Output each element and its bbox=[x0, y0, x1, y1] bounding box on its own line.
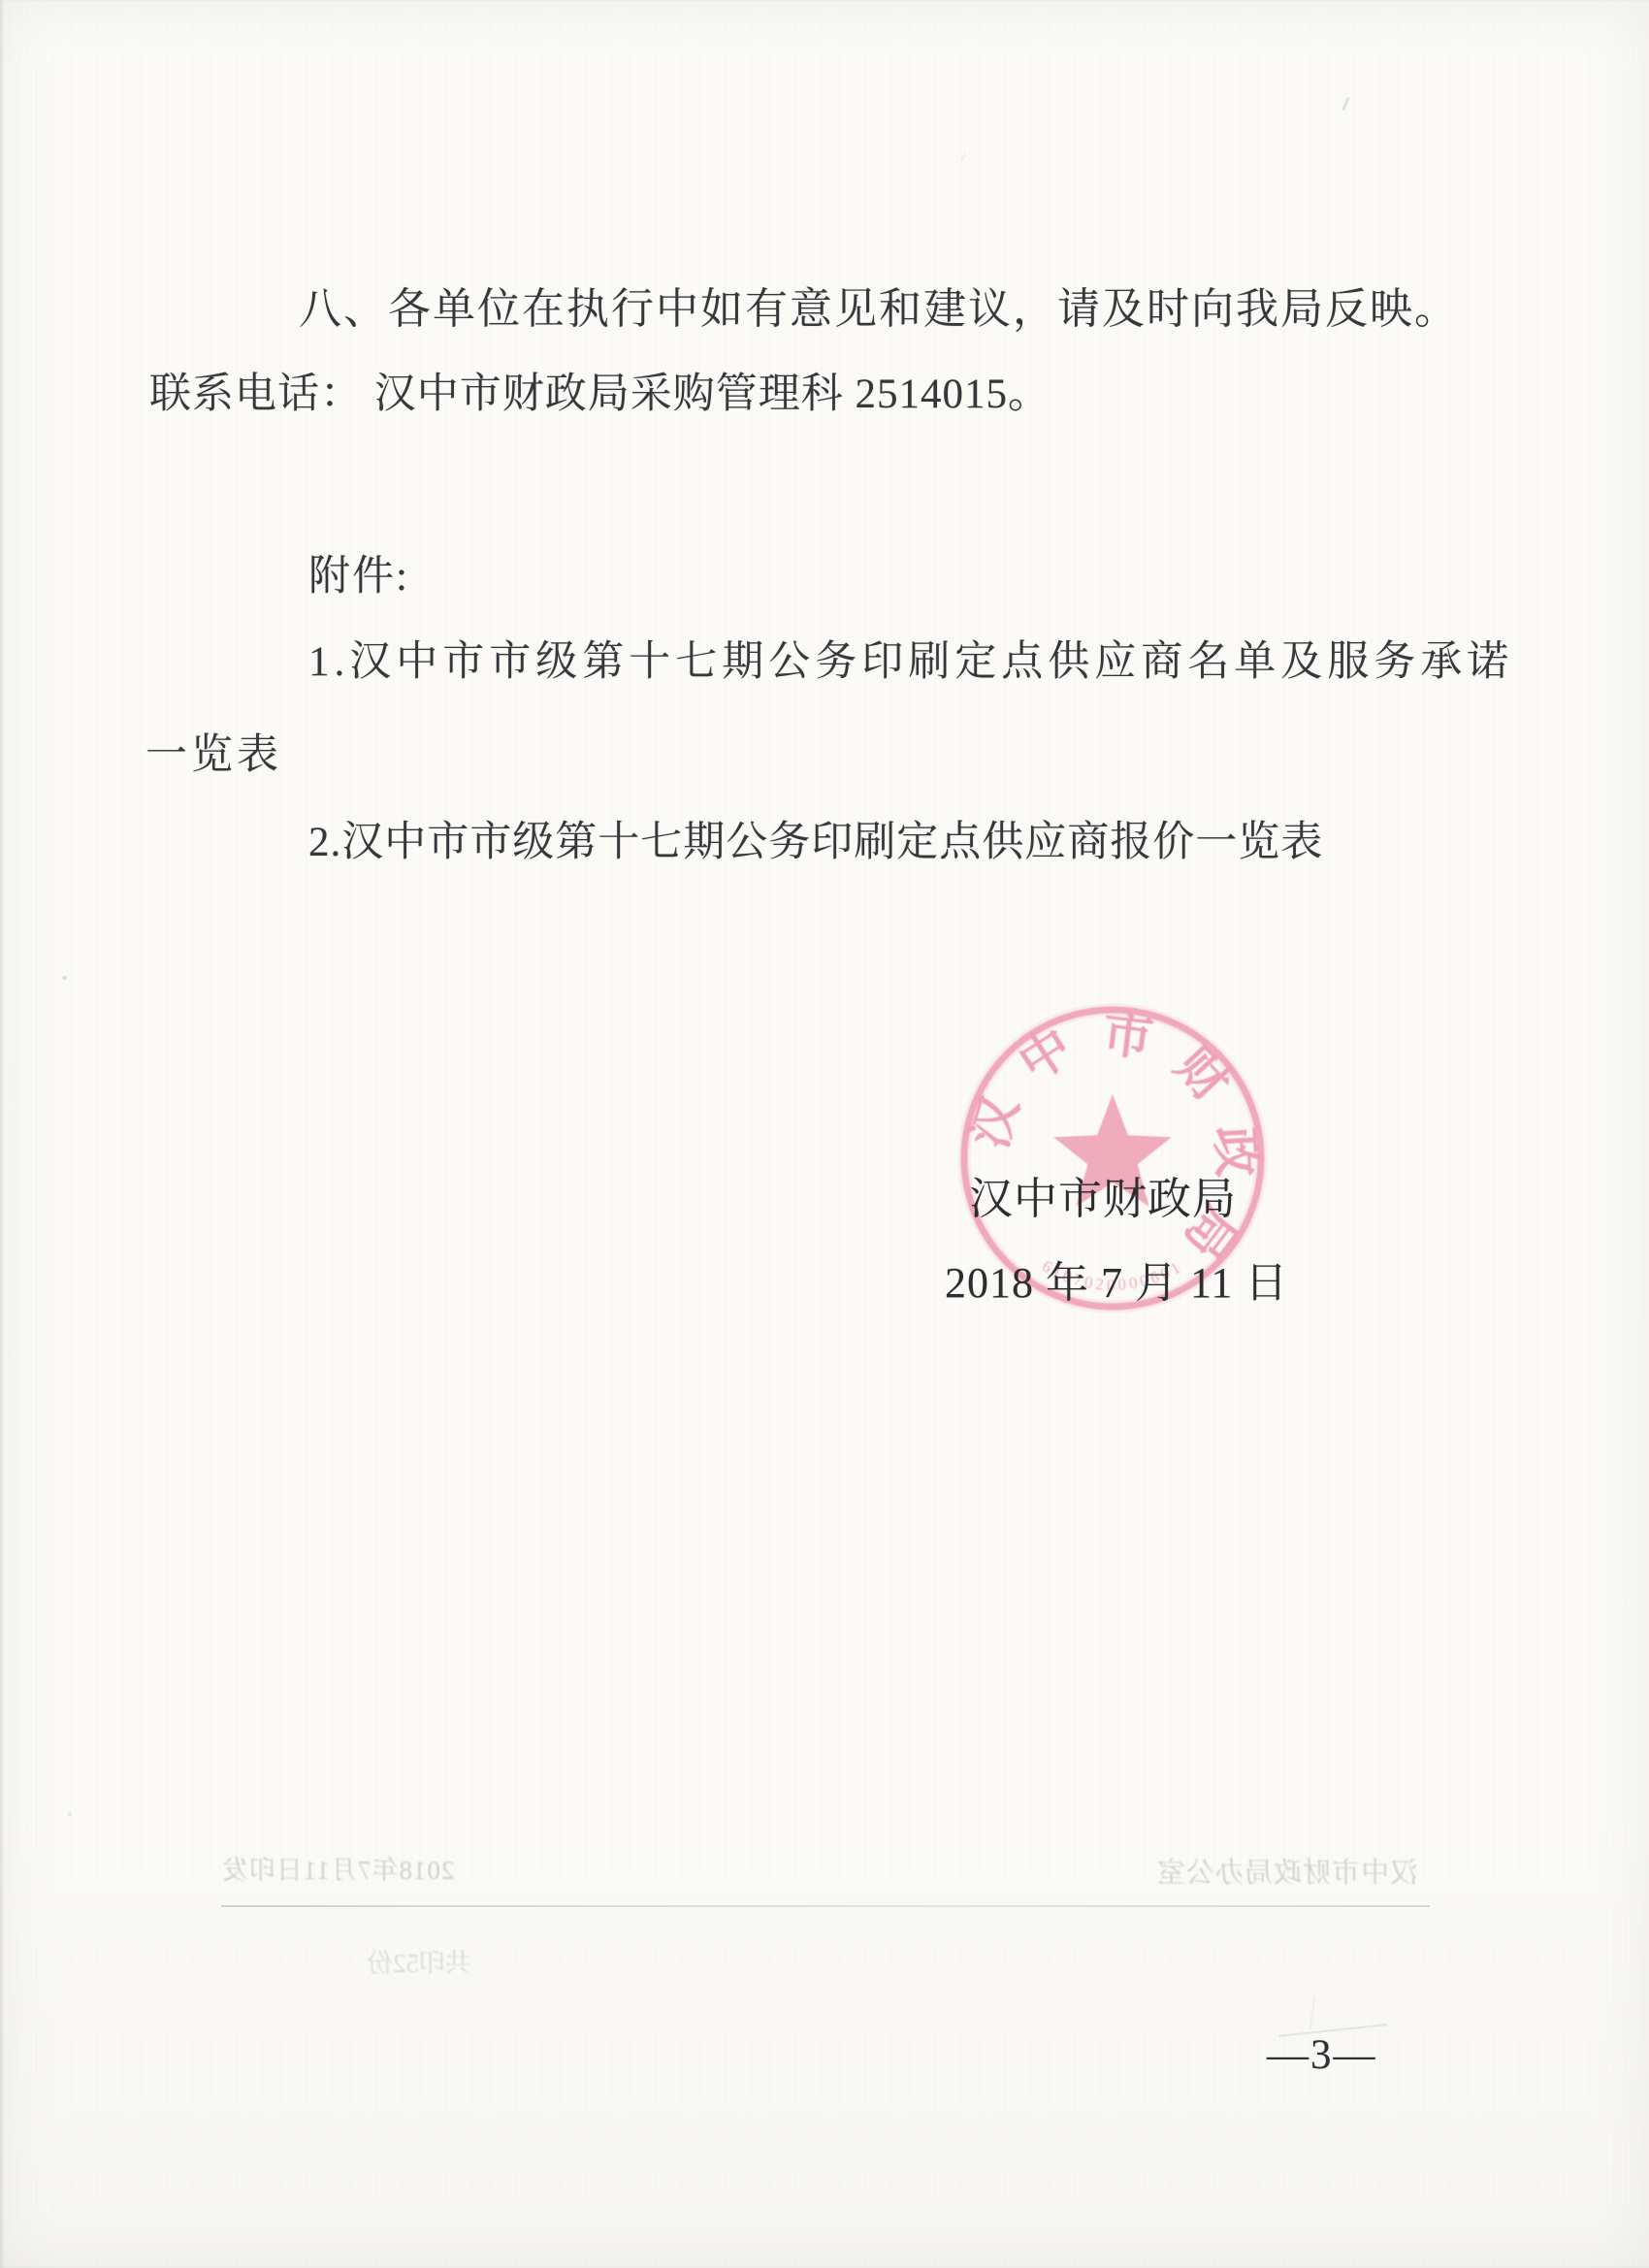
seal-ring-char: 市 bbox=[1099, 1005, 1156, 1067]
bleedthrough-rule-line bbox=[221, 1905, 1430, 1907]
page-number: —3— bbox=[1267, 2031, 1377, 2079]
scan-speck-lower-left bbox=[68, 1812, 72, 1816]
paragraph-8-line2: 联系电话： 汉中市财政局采购管理科 2514015。 bbox=[149, 361, 1051, 420]
scan-speck-left-margin bbox=[62, 976, 67, 980]
bleedthrough-copies-line: 共印52份 bbox=[367, 1942, 471, 1980]
paragraph-8-line1: 八、各单位在执行中如有意见和建议，请及时向我局反映。 bbox=[299, 274, 1459, 336]
scanned-document-page: 八、各单位在执行中如有意见和建议，请及时向我局反映。 联系电话： 汉中市财政局采… bbox=[0, 0, 1649, 2268]
scan-speck-top-right bbox=[1342, 97, 1349, 111]
scan-speck-top-center bbox=[960, 153, 966, 162]
attachment-2-line: 2.汉中市市级第十七期公务印刷定点供应商报价一览表 bbox=[308, 809, 1323, 868]
scan-scratch-tick bbox=[1309, 1996, 1316, 2029]
issue-date: 2018 年 7 月 11 日 bbox=[945, 1247, 1288, 1310]
attachment-1-line1: 1.汉中市市级第十七期公务印刷定点供应商名单及服务承诺 bbox=[308, 629, 1513, 688]
bleedthrough-date-line: 2018年7月11日印发 bbox=[221, 1849, 455, 1887]
bleedthrough-office-line: 汉中市财政局办公室 bbox=[1156, 1851, 1418, 1891]
seal-ring-char: 中 bbox=[1009, 1018, 1082, 1092]
issuer-name: 汉中市财政局 bbox=[969, 1163, 1237, 1226]
attachment-1-line2: 一览表 bbox=[145, 722, 282, 781]
attachments-label: 附件: bbox=[308, 543, 409, 602]
seal-ring-char: 财 bbox=[1165, 1037, 1241, 1113]
